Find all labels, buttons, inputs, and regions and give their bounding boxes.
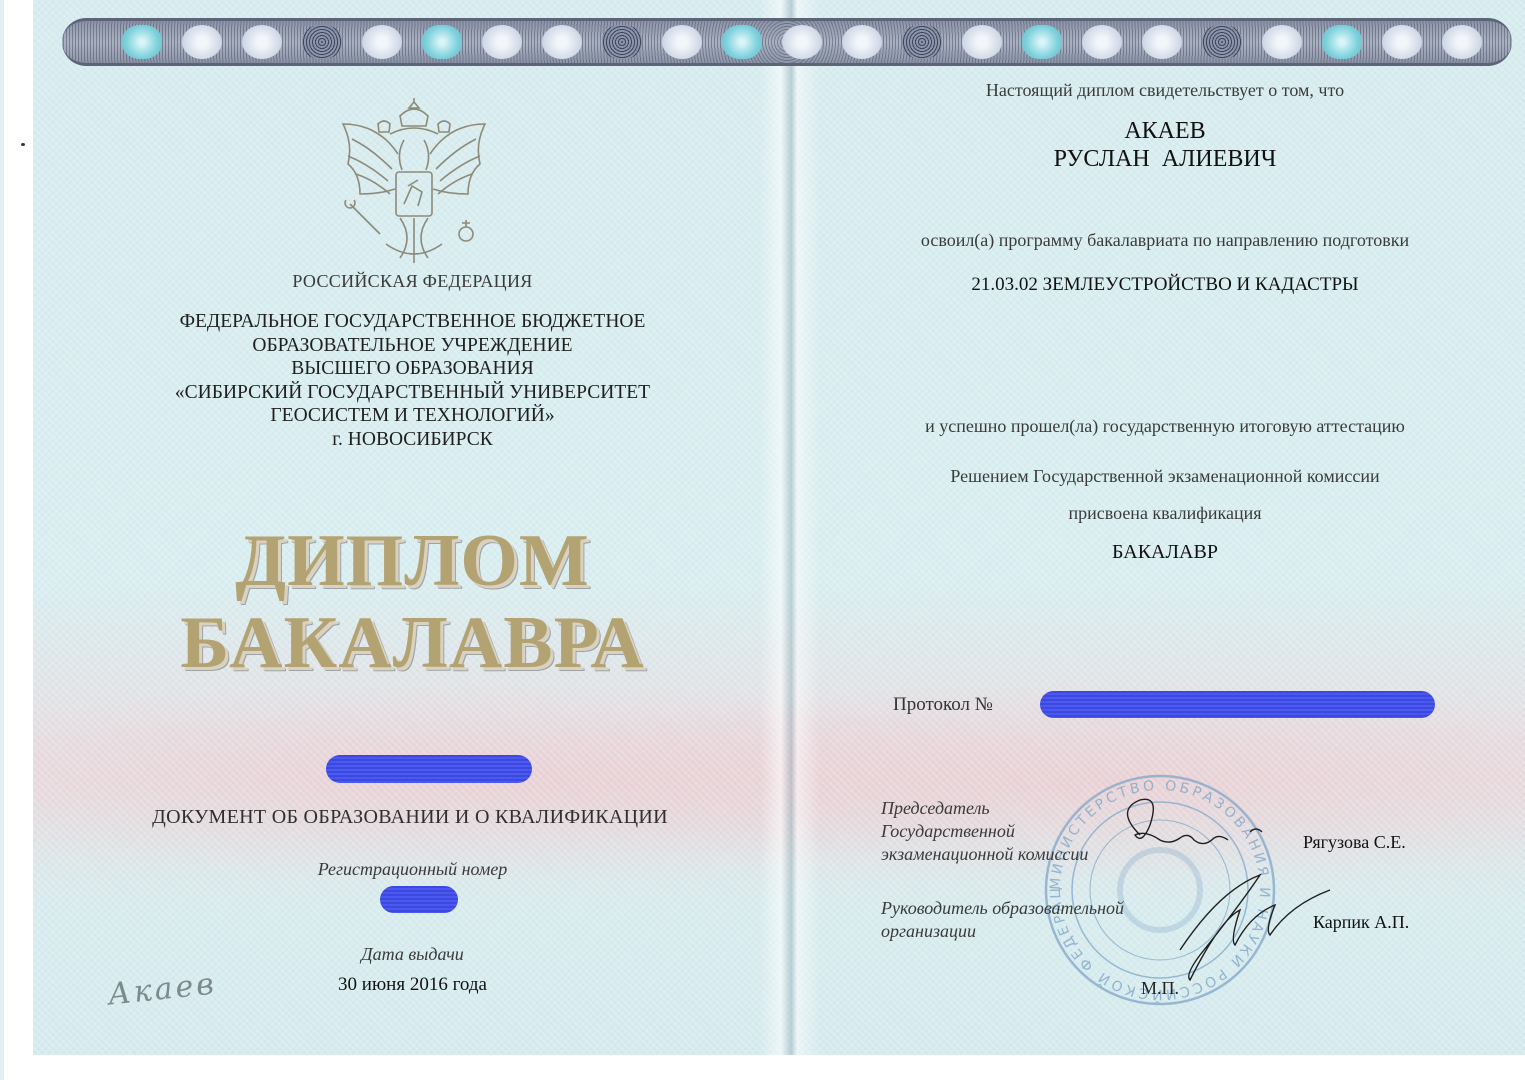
institution-name: ФЕДЕРАЛЬНОЕ ГОСУДАРСТВЕННОЕ БЮДЖЕТНОЕ ОБ… <box>140 310 685 451</box>
institution-city: г. НОВОСИБИРСК <box>140 428 685 452</box>
qualification-label: присвоена квалификация <box>850 503 1480 524</box>
institution-line: «СИБИРСКИЙ ГОСУДАРСТВЕННЫЙ УНИВЕРСИТЕТ <box>140 381 685 405</box>
redacted-registration-number <box>380 886 458 913</box>
guilloche-rosette <box>1142 25 1182 59</box>
redacted-series-number <box>326 755 532 783</box>
chair-label-line: Государственной <box>881 820 1088 843</box>
institution-line: ФЕДЕРАЛЬНОЕ ГОСУДАРСТВЕННОЕ БЮДЖЕТНОЕ <box>140 310 685 334</box>
issue-date: 30 июня 2016 года <box>160 974 665 996</box>
seal-place-label: М.П. <box>1141 978 1179 999</box>
guilloche-rosette <box>1082 25 1122 59</box>
institution-line: ГЕОСИСТЕМ И ТЕХНОЛОГИЙ» <box>140 404 685 428</box>
chair-label-line: экзаменационной комиссии <box>881 843 1088 866</box>
registration-number-label: Регистрационный номер <box>160 859 665 880</box>
head-label-line: Руководитель образовательной <box>881 897 1124 920</box>
diploma-title: ДИПЛОМ БАКАЛАВРА <box>160 520 665 684</box>
chair-label-line: Председатель <box>881 797 1088 820</box>
guilloche-rosette <box>902 25 942 59</box>
document-type: ДОКУМЕНТ ОБ ОБРАЗОВАНИИ И О КВАЛИФИКАЦИИ <box>110 806 710 829</box>
head-label-line: организации <box>881 920 1124 943</box>
country-name: РОССИЙСКАЯ ФЕДЕРАЦИЯ <box>160 271 665 292</box>
scan-margin <box>0 0 4 1080</box>
guilloche-rosette <box>782 25 822 59</box>
guilloche-band <box>62 18 1512 66</box>
guilloche-rosette <box>542 25 582 59</box>
guilloche-rosette <box>962 25 1002 59</box>
guilloche-rosette <box>362 25 402 59</box>
diploma-title-line: ДИПЛОМ <box>160 520 665 602</box>
qualification: БАКАЛАВР <box>850 541 1480 564</box>
guilloche-rosette <box>302 25 342 59</box>
protocol-label: Протокол № <box>893 694 993 716</box>
program-label: освоил(а) программу бакалавриата по напр… <box>850 230 1480 251</box>
guilloche-rosette <box>1442 25 1482 59</box>
commission-decision: Решением Государственной экзаменационной… <box>850 466 1480 487</box>
guilloche-rosette <box>482 25 522 59</box>
guilloche-rosette <box>422 25 462 59</box>
institution-line: ОБРАЗОВАТЕЛЬНОЕ УЧРЕЖДЕНИЕ <box>140 334 685 358</box>
guilloche-rosette <box>242 25 282 59</box>
guilloche-rosette <box>1382 25 1422 59</box>
institution-line: ВЫСШЕГО ОБРАЗОВАНИЯ <box>140 357 685 381</box>
guilloche-rosette <box>1022 25 1062 59</box>
head-label: Руководитель образовательной организации <box>881 897 1124 943</box>
guilloche-rosette <box>1322 25 1362 59</box>
diploma-title-line: БАКАЛАВРА <box>160 602 665 684</box>
spine-fold <box>760 0 820 1055</box>
graduate-surname: АКАЕВ <box>850 118 1480 145</box>
attestation-statement: и успешно прошел(ла) государственную ито… <box>850 416 1480 437</box>
guilloche-rosette <box>602 25 642 59</box>
guilloche-rosette <box>1202 25 1242 59</box>
issue-date-label: Дата выдачи <box>160 944 665 965</box>
chair-label: Председатель Государственной экзаменацио… <box>881 797 1088 866</box>
program-name: 21.03.02 ЗЕМЛЕУСТРОЙСТВО И КАДАСТРЫ <box>850 274 1480 296</box>
certifies-intro: Настоящий диплом свидетельствует о том, … <box>850 80 1480 101</box>
guilloche-rosette <box>1262 25 1302 59</box>
guilloche-rosette <box>122 25 162 59</box>
guilloche-rosette <box>182 25 222 59</box>
graduate-given-names: РУСЛАН АЛИЕВИЧ <box>850 146 1480 173</box>
guilloche-rosette <box>842 25 882 59</box>
dust-speck <box>21 143 25 146</box>
russian-coat-of-arms-icon <box>330 94 498 270</box>
handwritten-signatures <box>1110 790 1350 1000</box>
redacted-protocol-number <box>1040 691 1435 718</box>
guilloche-rosette <box>662 25 702 59</box>
guilloche-rosette <box>722 25 762 59</box>
